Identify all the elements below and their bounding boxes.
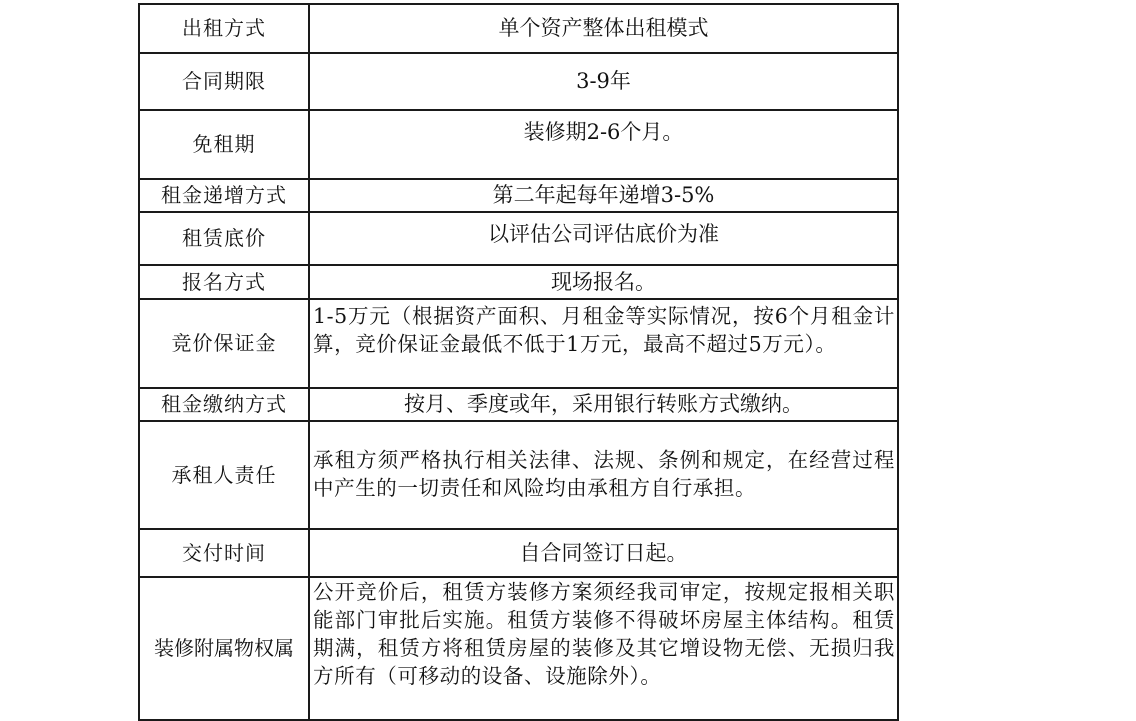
row-label: 交付时间 xyxy=(139,529,309,577)
row-value: 3-9年 xyxy=(309,53,898,110)
table-row-delivery-time: 交付时间 自合同签订日起。 xyxy=(139,529,898,577)
table-row-lessee-liability: 承租人责任 承租方须严格执行相关法律、法规、条例和规定，在经营过程中产生的一切责… xyxy=(139,421,898,529)
table-row-rent-increase: 租金递增方式 第二年起每年递增3-5% xyxy=(139,179,898,212)
row-value: 装修期2-6个月。 xyxy=(309,110,898,179)
table-row-rent-free-period: 免租期 装修期2-6个月。 xyxy=(139,110,898,179)
row-label: 租金缴纳方式 xyxy=(139,388,309,421)
row-label: 合同期限 xyxy=(139,53,309,110)
lease-terms-table: 出租方式 单个资产整体出租模式 合同期限 3-9年 免租期 装修期2-6个月。 … xyxy=(138,3,899,720)
row-label: 装修附属物权属 xyxy=(139,577,309,720)
row-label: 承租人责任 xyxy=(139,421,309,529)
row-value: 单个资产整体出租模式 xyxy=(309,4,898,53)
row-value: 第二年起每年递增3-5% xyxy=(309,179,898,212)
table-row-payment-method: 租金缴纳方式 按月、季度或年，采用银行转账方式缴纳。 xyxy=(139,388,898,421)
row-label: 竞价保证金 xyxy=(139,299,309,388)
row-label: 免租期 xyxy=(139,110,309,179)
lease-terms-document: 出租方式 单个资产整体出租模式 合同期限 3-9年 免租期 装修期2-6个月。 … xyxy=(138,3,899,720)
row-label: 租金递增方式 xyxy=(139,179,309,212)
row-label: 租赁底价 xyxy=(139,212,309,265)
row-label: 报名方式 xyxy=(139,265,309,299)
table-row-contract-term: 合同期限 3-9年 xyxy=(139,53,898,110)
row-value: 按月、季度或年，采用银行转账方式缴纳。 xyxy=(309,388,898,421)
row-value: 公开竞价后，租赁方装修方案须经我司审定，按规定报相关职能部门审批后实施。租赁方装… xyxy=(309,577,898,720)
row-value: 1-5万元（根据资产面积、月租金等实际情况，按6个月租金计算，竞价保证金最低不低… xyxy=(309,299,898,388)
row-value: 自合同签订日起。 xyxy=(309,529,898,577)
row-value: 现场报名。 xyxy=(309,265,898,299)
table-row-reserve-price: 租赁底价 以评估公司评估底价为准 xyxy=(139,212,898,265)
table-row-fixtures-ownership: 装修附属物权属 公开竞价后，租赁方装修方案须经我司审定，按规定报相关职能部门审批… xyxy=(139,577,898,720)
table-row-registration: 报名方式 现场报名。 xyxy=(139,265,898,299)
table-row-bid-deposit: 竞价保证金 1-5万元（根据资产面积、月租金等实际情况，按6个月租金计算，竞价保… xyxy=(139,299,898,388)
row-value: 以评估公司评估底价为准 xyxy=(309,212,898,265)
row-value: 承租方须严格执行相关法律、法规、条例和规定，在经营过程中产生的一切责任和风险均由… xyxy=(309,421,898,529)
table-row-lease-mode: 出租方式 单个资产整体出租模式 xyxy=(139,4,898,53)
row-label: 出租方式 xyxy=(139,4,309,53)
